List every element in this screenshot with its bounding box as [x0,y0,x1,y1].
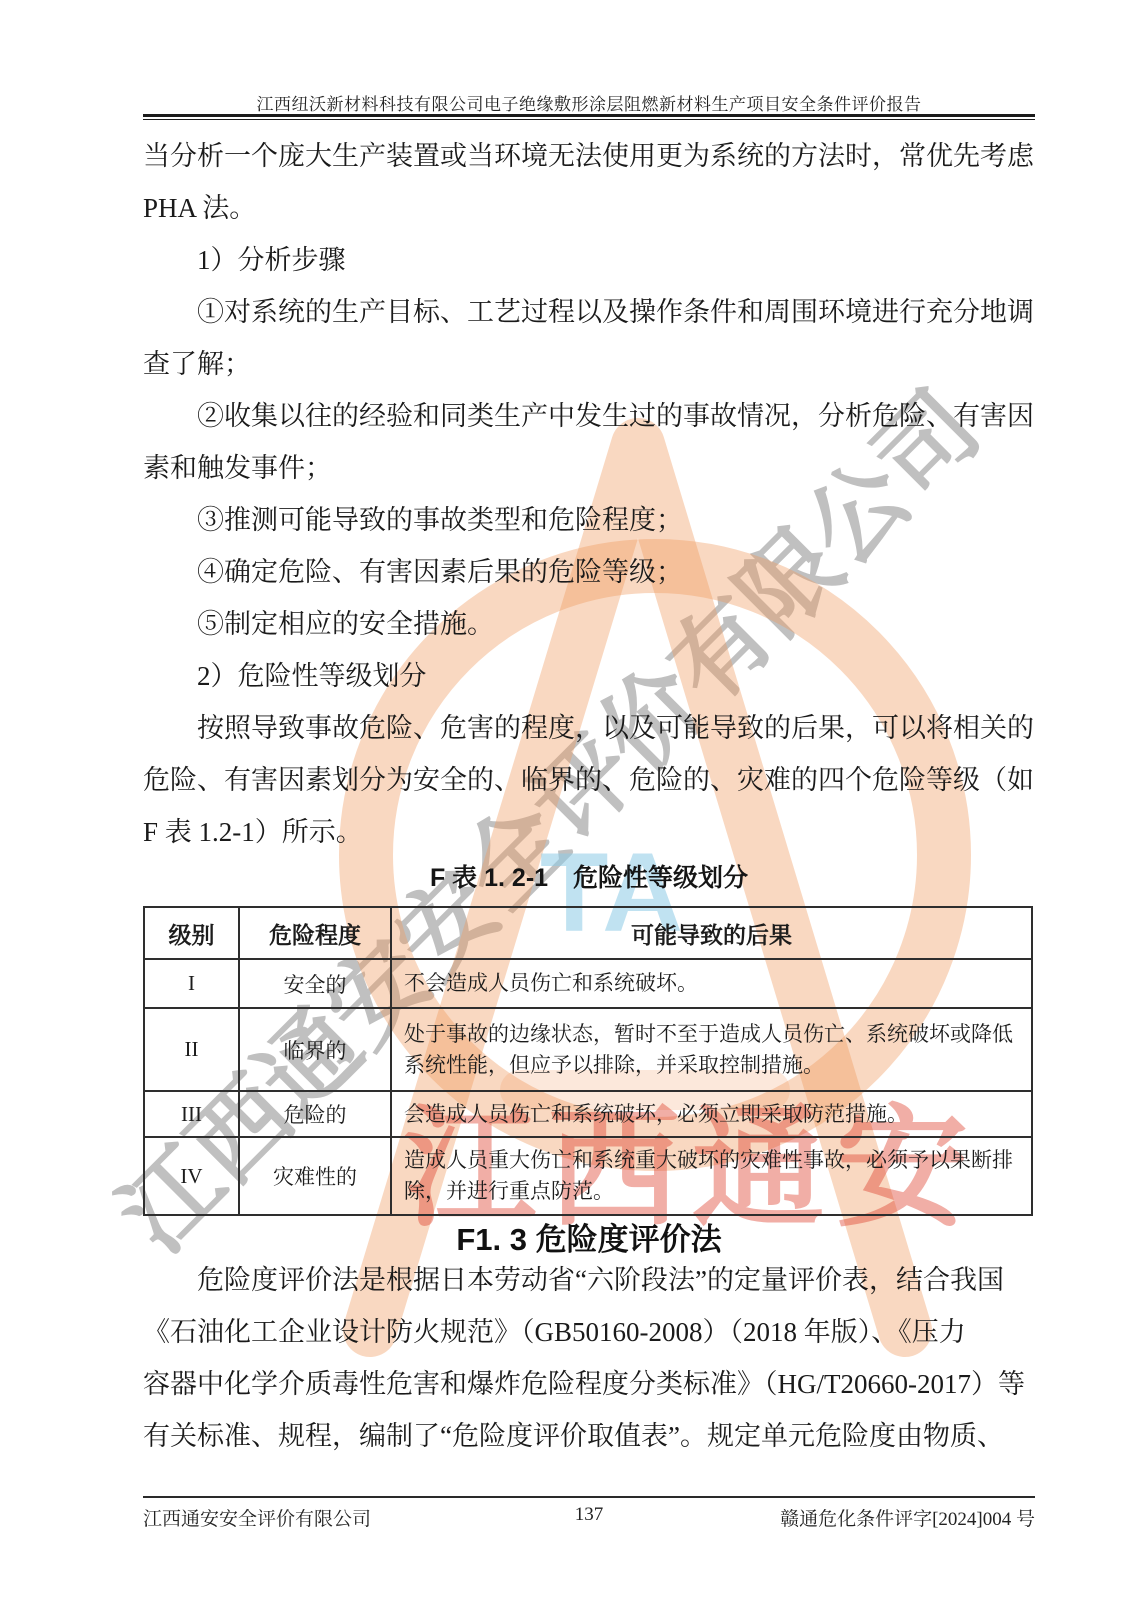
body-line: 素和触发事件； [143,442,1035,494]
page-footer: 江西通安安全评价有限公司 137 赣通危化条件评字[2024]004 号 [143,1504,1035,1532]
body-line: PHA 法。 [143,182,1035,234]
table-column-header: 危险程度 [239,907,391,959]
table-row: III危险的会造成人员伤亡和系统破坏，必须立即采取防范措施。 [144,1091,1032,1137]
section-text-block: 危险度评价法是根据日本劳动省“六阶段法”的定量评价表，结合我国《石油化工企业设计… [143,1254,1035,1462]
table-row: IV灾难性的造成人员重大伤亡和系统重大破坏的灾难性事故，必须予以果断排除，并进行… [144,1137,1032,1215]
risk-level-table: 级别危险程度可能导致的后果 I安全的不会造成人员伤亡和系统破坏。II临界的处于事… [143,906,1033,1216]
body-line: F 表 1.2-1）所示。 [143,806,1035,858]
table-column-header: 级别 [144,907,239,959]
table-cell-level: III [144,1091,239,1137]
table-cell-level: II [144,1008,239,1091]
table-cell-level: I [144,959,239,1008]
table-cell-degree: 危险的 [239,1091,391,1137]
table-cell-consequence: 处于事故的边缘状态，暂时不至于造成人员伤亡、系统破坏或降低系统性能，但应予以排除… [391,1008,1032,1091]
body-line: 2）危险性等级划分 [143,650,1035,702]
body-line: ③推测可能导致的事故类型和危险程度； [143,494,1035,546]
page-header-title: 江西纽沃新材料科技有限公司电子绝缘敷形涂层阻燃新材料生产项目安全条件评价报告 [143,90,1035,115]
table-cell-consequence: 不会造成人员伤亡和系统破坏。 [391,959,1032,1008]
body-line: ①对系统的生产目标、工艺过程以及操作条件和周围环境进行充分地调 [143,286,1035,338]
section-line: 有关标准、规程，编制了“危险度评价取值表”。规定单元危险度由物质、 [143,1410,1035,1462]
table-cell-degree: 临界的 [239,1008,391,1091]
body-line: ②收集以往的经验和同类生产中发生过的事故情况，分析危险、有害因 [143,390,1035,442]
body-line: ⑤制定相应的安全措施。 [143,598,1035,650]
table-header-row: 级别危险程度可能导致的后果 [144,907,1032,959]
table-cell-degree: 灾难性的 [239,1137,391,1215]
body-line: 当分析一个庞大生产装置或当环境无法使用更为系统的方法时，常优先考虑 [143,130,1035,182]
body-line: ④确定危险、有害因素后果的危险等级； [143,546,1035,598]
table-cell-degree: 安全的 [239,959,391,1008]
footer-rule [143,1496,1035,1498]
body-line: 危险、有害因素划分为安全的、临界的、危险的、灾难的四个危险等级（如 [143,754,1035,806]
section-line: 危险度评价法是根据日本劳动省“六阶段法”的定量评价表，结合我国 [143,1254,1035,1306]
footer-doc-number: 赣通危化条件评字[2024]004 号 [780,1504,1035,1531]
header-double-rule [143,114,1035,120]
body-line: 查了解； [143,338,1035,390]
section-line: 《石油化工企业设计防火规范》（GB50160-2008）（2018 年版）、《压… [143,1306,1035,1358]
table-caption: F 表 1. 2-1 危险性等级划分 [143,858,1035,892]
section-heading-f13: F1. 3 危险度评价法 [143,1214,1035,1258]
table-row: II临界的处于事故的边缘状态，暂时不至于造成人员伤亡、系统破坏或降低系统性能，但… [144,1008,1032,1091]
table-cell-consequence: 造成人员重大伤亡和系统重大破坏的灾难性事故，必须予以果断排除，并进行重点防范。 [391,1137,1032,1215]
body-line: 1）分析步骤 [143,234,1035,286]
table-cell-level: IV [144,1137,239,1215]
table-column-header: 可能导致的后果 [391,907,1032,959]
table-cell-consequence: 会造成人员伤亡和系统破坏，必须立即采取防范措施。 [391,1091,1032,1137]
section-line: 容器中化学介质毒性危害和爆炸危险程度分类标准》（HG/T20660-2017）等 [143,1358,1035,1410]
body-line: 按照导致事故危险、危害的程度，以及可能导致的后果，可以将相关的 [143,702,1035,754]
body-text-block: 当分析一个庞大生产装置或当环境无法使用更为系统的方法时，常优先考虑PHA 法。1… [143,130,1035,858]
page-content: 江西纽沃新材料科技有限公司电子绝缘敷形涂层阻燃新材料生产项目安全条件评价报告 当… [0,0,1131,1600]
table-row: I安全的不会造成人员伤亡和系统破坏。 [144,959,1032,1008]
report-page: 江西通安安全评价有限公司 TA 江西通安 江西纽沃新材料科技有限公司电子绝缘敷形… [0,0,1131,1600]
